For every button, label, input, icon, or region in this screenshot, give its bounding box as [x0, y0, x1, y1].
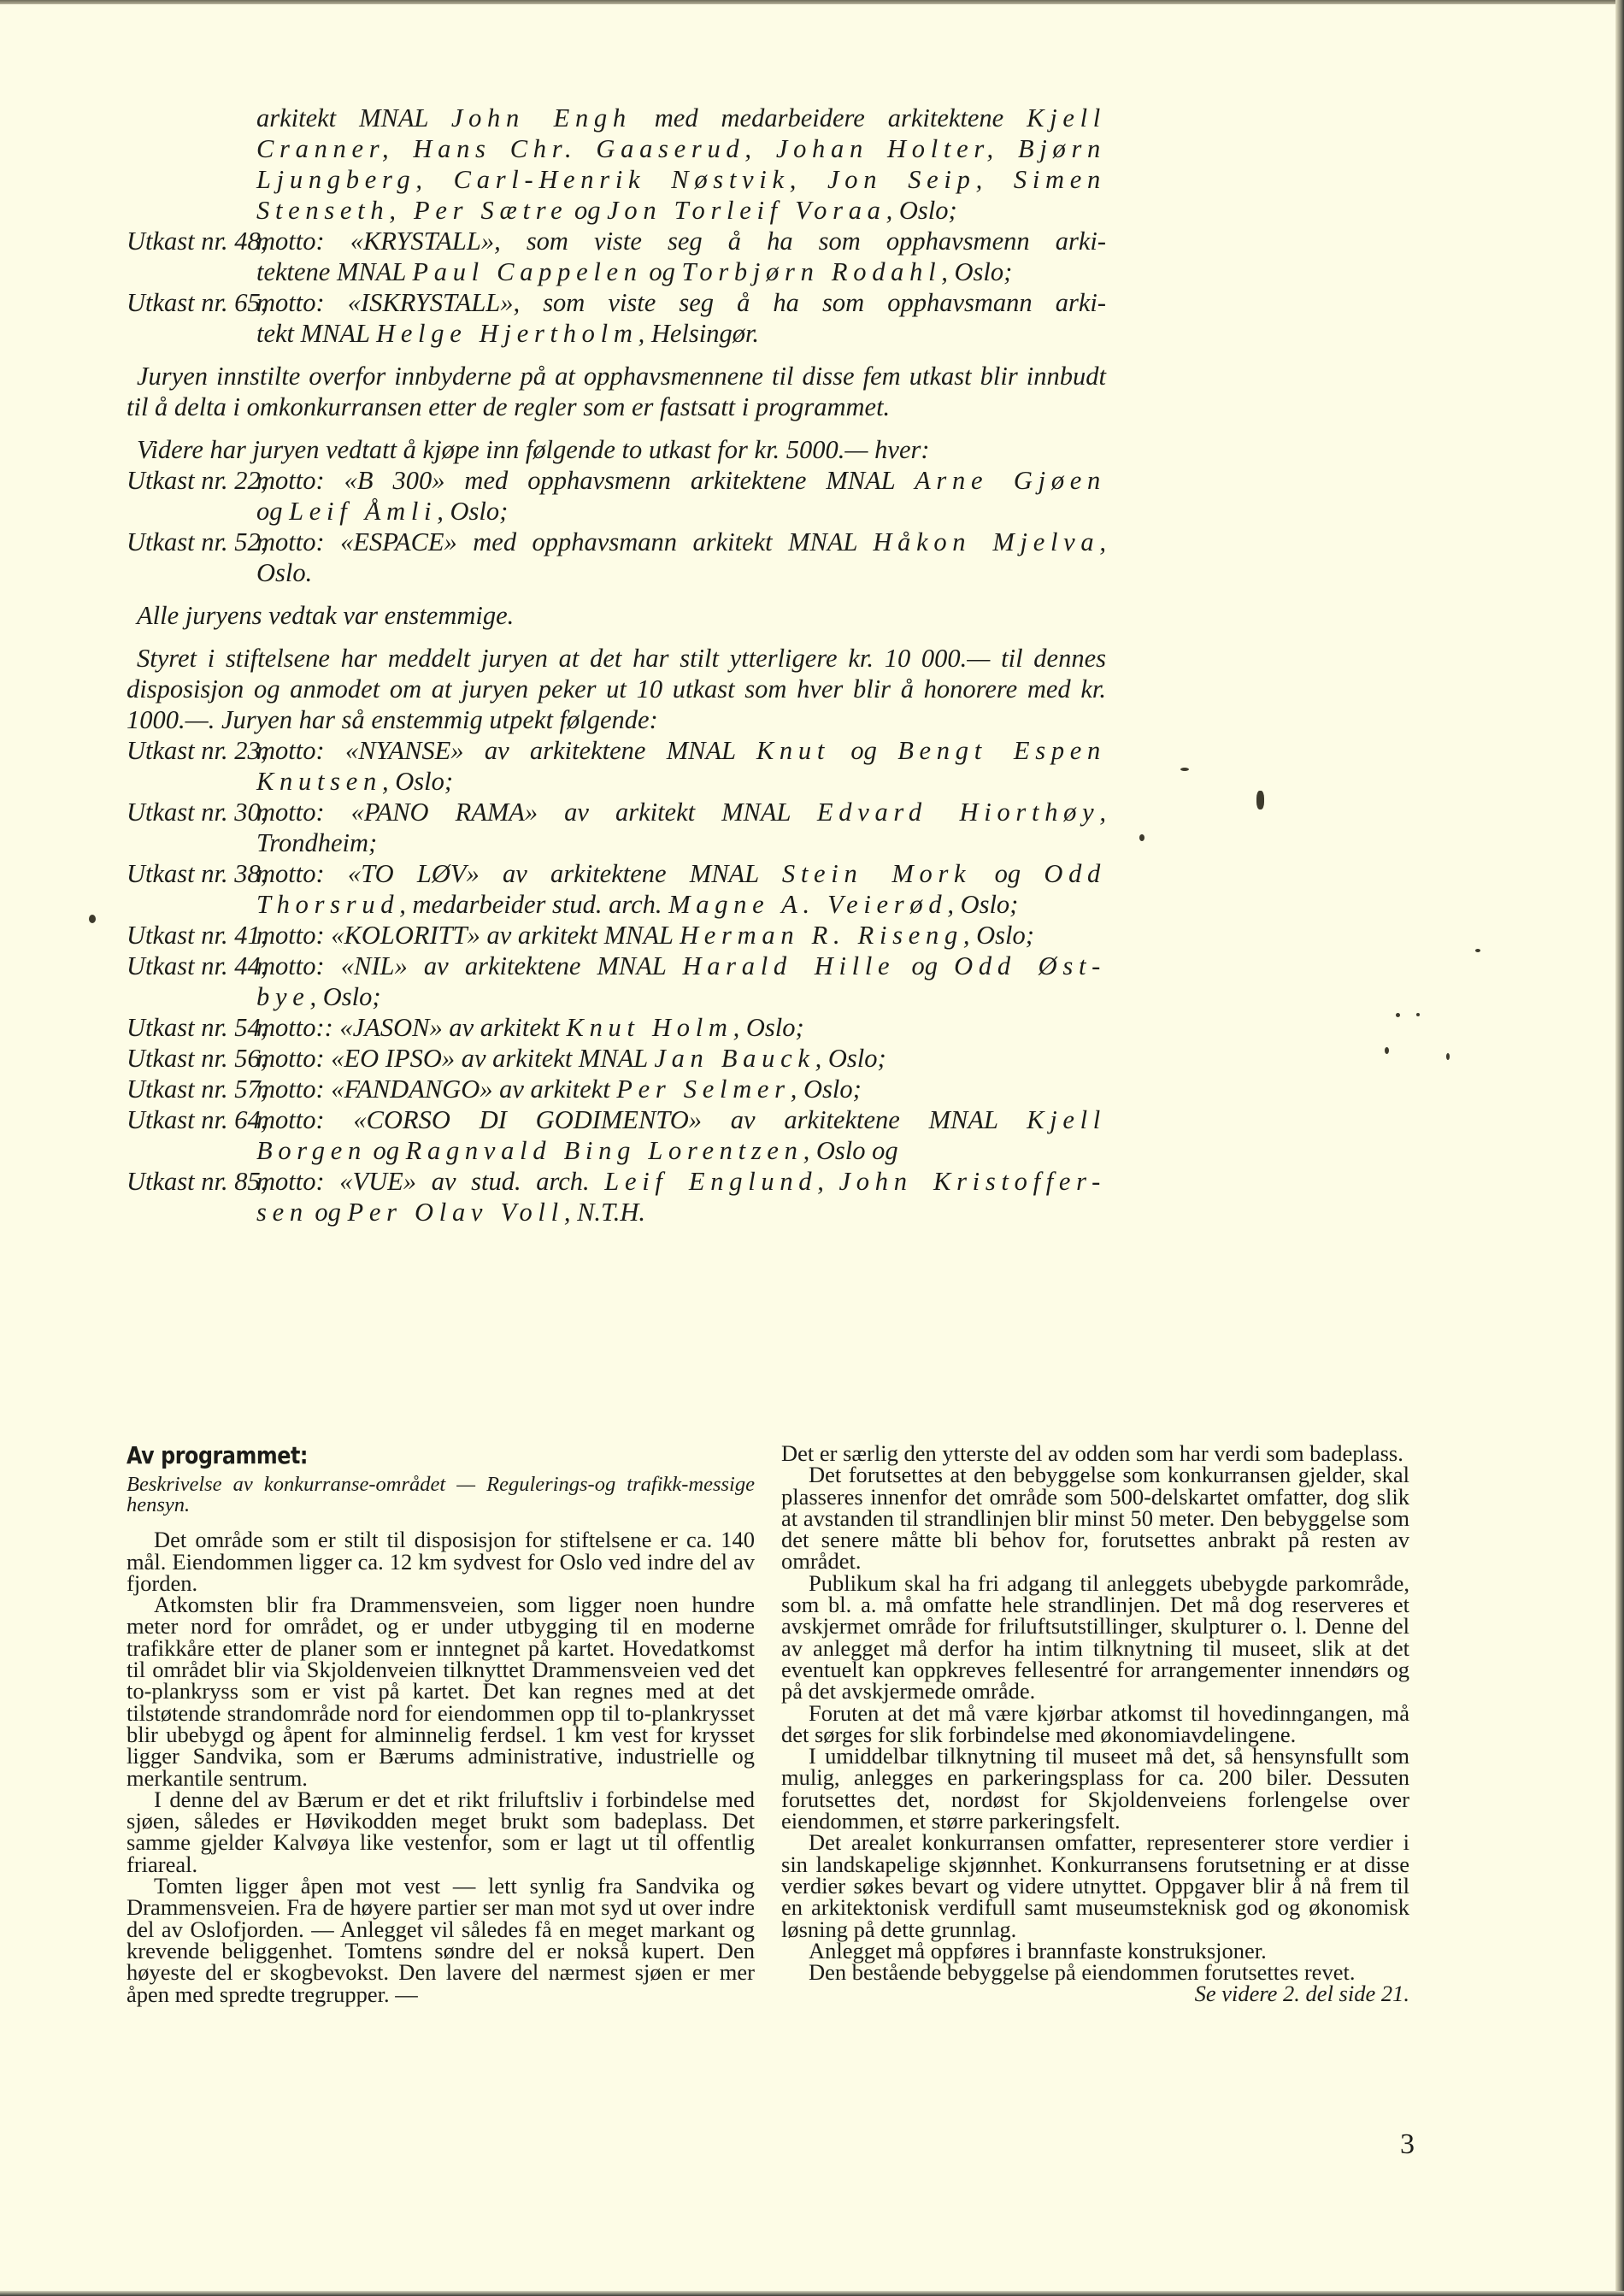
scan-speck: [1475, 949, 1480, 952]
left-paragraphs: Det område som er stilt til disposisjon …: [127, 1529, 755, 2005]
text-run: , Oslo og: [803, 1136, 898, 1165]
person-name: Bengt Espen: [897, 736, 1106, 765]
person-name: Helge Hjertholm: [376, 319, 638, 348]
program-left-column: Av programmet: Beskrivelse av konkurrans…: [127, 1445, 755, 2005]
text-run: og: [971, 859, 1044, 888]
entry-number-label: Utkast nr. 85,: [127, 1166, 255, 1197]
text-run: motto: «B 300» med opphavsmenn arkitekte…: [256, 466, 915, 495]
text-line: Cranner, Hans Chr. Gaaserud, Johan Holte…: [256, 133, 1106, 164]
entry-line: motto: «ESPACE» med opphavsmann arkitekt…: [256, 527, 1106, 557]
text-run: ,: [1099, 798, 1106, 827]
scan-speck: [1180, 768, 1189, 771]
text-run: , Oslo;: [941, 257, 1012, 286]
text-run: tekt MNAL: [256, 319, 376, 348]
entry-line: motto: «EO IPSO» av arkitekt MNAL Jan Ba…: [256, 1043, 1106, 1074]
invited-entries-list: Utkast nr. 48,motto: «KRYSTALL», som vis…: [127, 226, 1106, 349]
person-name: Stenseth, Per Sætre: [256, 196, 568, 225]
entry-line: motto: «B 300» med opphavsmenn arkitekte…: [256, 465, 1106, 496]
entry-number-label: Utkast nr. 48,: [127, 226, 255, 256]
continued-entry: arkitekt MNAL John Engh med medarbeidere…: [127, 103, 1106, 226]
continued-reference: Se videre 2. del side 21.: [781, 1983, 1409, 2005]
text-run: ,: [817, 1167, 838, 1196]
body-paragraph: Foruten at det må være kjørbar atkomst t…: [781, 1703, 1409, 1746]
text-run: og: [830, 736, 897, 765]
person-name: sen: [256, 1198, 309, 1227]
text-run: og: [568, 196, 607, 225]
entry-number-label: Utkast nr. 44,: [127, 951, 255, 981]
person-name: Håkon Mjelva: [873, 527, 1099, 556]
person-name: Ljungberg, Carl-Henrik Nøstvik, Jon Seip…: [256, 165, 1106, 194]
person-name: Leif Englund: [604, 1167, 817, 1196]
person-name: Kjell: [1027, 103, 1106, 132]
scan-speck: [1256, 791, 1264, 809]
text-run: motto:: «JASON» av arkitekt: [256, 1013, 567, 1042]
entry-line: motto: «VUE» av stud. arch. Leif Englund…: [256, 1166, 1106, 1197]
page-number: 3: [1400, 2128, 1415, 2161]
entry-number-label: Utkast nr. 41,: [127, 920, 255, 951]
entry-number-label: Utkast nr. 38,: [127, 858, 255, 889]
person-name: John Engh: [451, 103, 632, 132]
entry-line: motto: «CORSO DI GODIMENTO» av arkitekte…: [256, 1104, 1106, 1135]
entry-item: Utkast nr. 30,motto: «PANO RAMA» av arki…: [127, 797, 1106, 858]
entry-item: Utkast nr. 65,motto: «ISKRYSTALL», som v…: [127, 287, 1106, 349]
entry-item: Utkast nr. 57,motto: «FANDANGO» av arkit…: [127, 1074, 1106, 1104]
text-run: , Oslo;: [963, 921, 1034, 950]
body-paragraph: Det arealet konkurransen omfatter, repre…: [781, 1832, 1409, 1940]
continued-entry-text: arkitekt MNAL John Engh med medarbeidere…: [256, 103, 1106, 226]
board-paragraph: Styret i stiftelsene har meddelt juryen …: [127, 643, 1106, 735]
program-heading: Av programmet:: [127, 1445, 661, 1466]
page-edge-top: [0, 0, 1624, 4]
scan-speck: [1385, 1047, 1389, 1054]
scan-speck: [1446, 1053, 1450, 1060]
person-name: Herman R. Riseng: [680, 921, 963, 950]
entry-line: Thorsrud, medarbeider stud. arch. Magne …: [256, 889, 1106, 920]
person-name: Torbjørn Rodahl: [682, 257, 942, 286]
entry-item: Utkast nr. 44,motto: «NIL» av arkitekten…: [127, 951, 1106, 1012]
invite-paragraph: Juryen innstilte overfor innbyderne på a…: [127, 361, 1106, 422]
text-run: , Helsingør.: [638, 319, 760, 348]
entry-line: motto:: «JASON» av arkitekt Knut Holm, O…: [256, 1012, 1106, 1043]
person-name: Thorsrud: [256, 890, 399, 919]
entry-item: Utkast nr. 48,motto: «KRYSTALL», som vis…: [127, 226, 1106, 287]
entry-item: Utkast nr. 52,motto: «ESPACE» med opphav…: [127, 527, 1106, 588]
person-name: Knut Holm: [567, 1013, 733, 1042]
entry-number-label: Utkast nr. 22,: [127, 465, 255, 496]
person-name: Kjell: [1027, 1105, 1106, 1134]
text-line: Ljungberg, Carl-Henrik Nøstvik, Jon Seip…: [256, 164, 1106, 195]
text-run: , Oslo;: [437, 497, 508, 526]
body-paragraph: Atkomsten blir fra Drammensveien, som li…: [127, 1594, 755, 1789]
text-run: tektene MNAL: [256, 257, 412, 286]
text-line: arkitekt MNAL John Engh med medarbeidere…: [256, 103, 1106, 133]
body-paragraph: Publikum skal ha fri adgang til anlegget…: [781, 1573, 1409, 1703]
entry-number-label: Utkast nr. 23,: [127, 735, 255, 766]
entry-item: Utkast nr. 64,motto: «CORSO DI GODIMENTO…: [127, 1104, 1106, 1166]
text-run: , Oslo;: [947, 890, 1018, 919]
text-run: motto: «NYANSE» av arkitektene MNAL: [256, 736, 756, 765]
text-run: motto: «TO LØV» av arkitektene MNAL: [256, 859, 782, 888]
scan-speck: [1396, 1013, 1400, 1017]
entry-line: Borgen og Ragnvald Bing Lorentzen, Oslo …: [256, 1135, 1106, 1166]
text-run: med medarbeidere arkitektene: [632, 103, 1027, 132]
text-run: motto: «KOLORITT» av arkitekt MNAL: [256, 921, 680, 950]
entry-line: bye, Oslo;: [256, 981, 1106, 1012]
text-run: , Oslo;: [382, 767, 453, 796]
entry-item: Utkast nr. 23,motto: «NYANSE» av arkitek…: [127, 735, 1106, 797]
text-run: og: [643, 257, 682, 286]
program-right-column: Det er særlig den ytterste del av odden …: [781, 1443, 1409, 2005]
person-name: Odd: [1044, 859, 1106, 888]
person-name: Borgen: [256, 1136, 367, 1165]
person-name: Per Olav Voll: [348, 1198, 564, 1227]
person-name: Edvard Hiorthøy: [817, 798, 1099, 827]
entry-line: tektene MNAL Paul Cappelen og Torbjørn R…: [256, 256, 1106, 287]
person-name: bye: [256, 982, 309, 1011]
entry-item: Utkast nr. 41,motto: «KOLORITT» av arkit…: [127, 920, 1106, 951]
person-name: Odd Øst-: [954, 951, 1106, 980]
purchased-entries-list: Utkast nr. 22,motto: «B 300» med opphavs…: [127, 465, 1106, 588]
person-name: Harald Hille: [682, 951, 895, 980]
entry-line: Oslo.: [256, 557, 1106, 588]
unanimous-paragraph: Alle juryens vedtak var enstemmige.: [127, 600, 1106, 631]
text-run: motto: «ESPACE» med opphavsmann arkitekt…: [256, 527, 873, 556]
person-name: Cranner, Hans Chr. Gaaserud, Johan Holte…: [256, 134, 1106, 163]
page-edge-bottom: [0, 2291, 1624, 2296]
entry-number-label: Utkast nr. 57,: [127, 1074, 255, 1104]
entry-item: Utkast nr. 22,motto: «B 300» med opphavs…: [127, 465, 1106, 527]
entry-line: og Leif Åmli, Oslo;: [256, 496, 1106, 527]
text-run: , N.T.H.: [564, 1198, 645, 1227]
text-run: motto: «ISKRYSTALL», som viste seg å ha …: [256, 288, 1106, 317]
person-name: Leif Åmli: [289, 497, 437, 526]
entry-number-label: Utkast nr. 64,: [127, 1104, 255, 1135]
body-paragraph: I denne del av Bærum er det et rikt fril…: [127, 1789, 755, 1875]
entry-line: motto: «NYANSE» av arkitektene MNAL Knut…: [256, 735, 1106, 766]
entry-line: motto: «NIL» av arkitektene MNAL Harald …: [256, 951, 1106, 981]
body-paragraph: Det forutsettes at den bebyggelse som ko…: [781, 1464, 1409, 1572]
scan-speck: [1416, 1013, 1420, 1016]
program-subheading: Beskrivelse av konkurranse-området — Reg…: [127, 1475, 755, 1516]
entry-number-label: Utkast nr. 56,: [127, 1043, 255, 1074]
entry-line: Trondheim;: [256, 827, 1106, 858]
text-run: og: [367, 1136, 406, 1165]
body-paragraph: Det område som er stilt til disposisjon …: [127, 1529, 755, 1594]
entry-line: motto: «KOLORITT» av arkitekt MNAL Herma…: [256, 920, 1106, 951]
entry-number-label: Utkast nr. 30,: [127, 797, 255, 827]
honored-entries-list: Utkast nr. 23,motto: «NYANSE» av arkitek…: [127, 735, 1106, 1227]
text-run: motto: «PANO RAMA» av arkitekt MNAL: [256, 798, 817, 827]
person-name: Jan Bauck: [654, 1044, 815, 1073]
entry-line: motto: «PANO RAMA» av arkitekt MNAL Edva…: [256, 797, 1106, 827]
person-name: Ragnvald Bing Lorentzen: [406, 1136, 803, 1165]
right-paragraphs: Det er særlig den ytterste del av odden …: [781, 1443, 1409, 1983]
text-run: , Oslo;: [791, 1074, 862, 1104]
entry-item: Utkast nr. 56,motto: «EO IPSO» av arkite…: [127, 1043, 1106, 1074]
person-name: Knutsen: [256, 767, 382, 796]
text-run: og: [309, 1198, 348, 1227]
text-run: , medarbeider stud. arch.: [399, 890, 668, 919]
entry-line: motto: «KRYSTALL», som viste seg å ha so…: [256, 226, 1106, 256]
text-run: motto: «FANDANGO» av arkitekt: [256, 1074, 616, 1104]
text-run: motto: «VUE» av stud. arch.: [256, 1167, 604, 1196]
entry-line: motto: «ISKRYSTALL», som viste seg å ha …: [256, 287, 1106, 318]
body-paragraph: I umiddelbar tilknytning til museet må d…: [781, 1746, 1409, 1832]
person-name: Magne A. Veierød: [668, 890, 947, 919]
scan-speck: [89, 915, 96, 923]
person-name: Stein Mork: [782, 859, 971, 888]
text-run: , Oslo;: [309, 982, 380, 1011]
purchase-paragraph: Videre har juryen vedtatt å kjøpe inn fø…: [127, 434, 1106, 465]
entry-number-label: Utkast nr. 65,: [127, 287, 255, 318]
text-run: , Oslo;: [733, 1013, 804, 1042]
person-name: Paul Cappelen: [412, 257, 642, 286]
jury-results-section: arkitekt MNAL John Engh med medarbeidere…: [127, 103, 1106, 1227]
text-run: Trondheim;: [256, 828, 377, 857]
text-run: Oslo.: [256, 558, 312, 587]
text-run: og: [895, 951, 954, 980]
entry-line: tekt MNAL Helge Hjertholm, Helsingør.: [256, 318, 1106, 349]
page-edge-right: [1615, 0, 1624, 2296]
entry-item: Utkast nr. 85,motto: «VUE» av stud. arch…: [127, 1166, 1106, 1227]
entry-line: Knutsen, Oslo;: [256, 766, 1106, 797]
text-run: motto: «NIL» av arkitektene MNAL: [256, 951, 682, 980]
entry-line: motto: «TO LØV» av arkitektene MNAL Stei…: [256, 858, 1106, 889]
entry-line: sen og Per Olav Voll, N.T.H.: [256, 1197, 1106, 1227]
text-run: motto: «EO IPSO» av arkitekt MNAL: [256, 1044, 654, 1073]
body-paragraph: Tomten ligger åpen mot vest — lett synli…: [127, 1875, 755, 2005]
text-run: ,: [1099, 527, 1106, 556]
text-run: , Oslo;: [815, 1044, 886, 1073]
entry-item: Utkast nr. 54,motto:: «JASON» av arkitek…: [127, 1012, 1106, 1043]
person-name: Per Selmer: [616, 1074, 790, 1104]
scan-speck: [1139, 834, 1144, 841]
entry-number-label: Utkast nr. 52,: [127, 527, 255, 557]
text-run: motto: «KRYSTALL», som viste seg å ha so…: [256, 227, 1106, 256]
text-run: og: [256, 497, 289, 526]
text-run: , Oslo;: [886, 196, 957, 225]
entry-item: Utkast nr. 38,motto: «TO LØV» av arkitek…: [127, 858, 1106, 920]
text-run: arkitekt MNAL: [256, 103, 451, 132]
person-name: John Kristoffer-: [839, 1167, 1106, 1196]
person-name: Arne Gjøen: [915, 466, 1106, 495]
text-run: motto: «CORSO DI GODIMENTO» av arkitekte…: [256, 1105, 1027, 1134]
entry-line: motto: «FANDANGO» av arkitekt Per Selmer…: [256, 1074, 1106, 1104]
entry-number-label: Utkast nr. 54,: [127, 1012, 255, 1043]
text-line: Stenseth, Per Sætre og Jon Torleif Voraa…: [256, 195, 1106, 226]
person-name: Knut: [756, 736, 830, 765]
person-name: Jon Torleif Voraa: [607, 196, 886, 225]
